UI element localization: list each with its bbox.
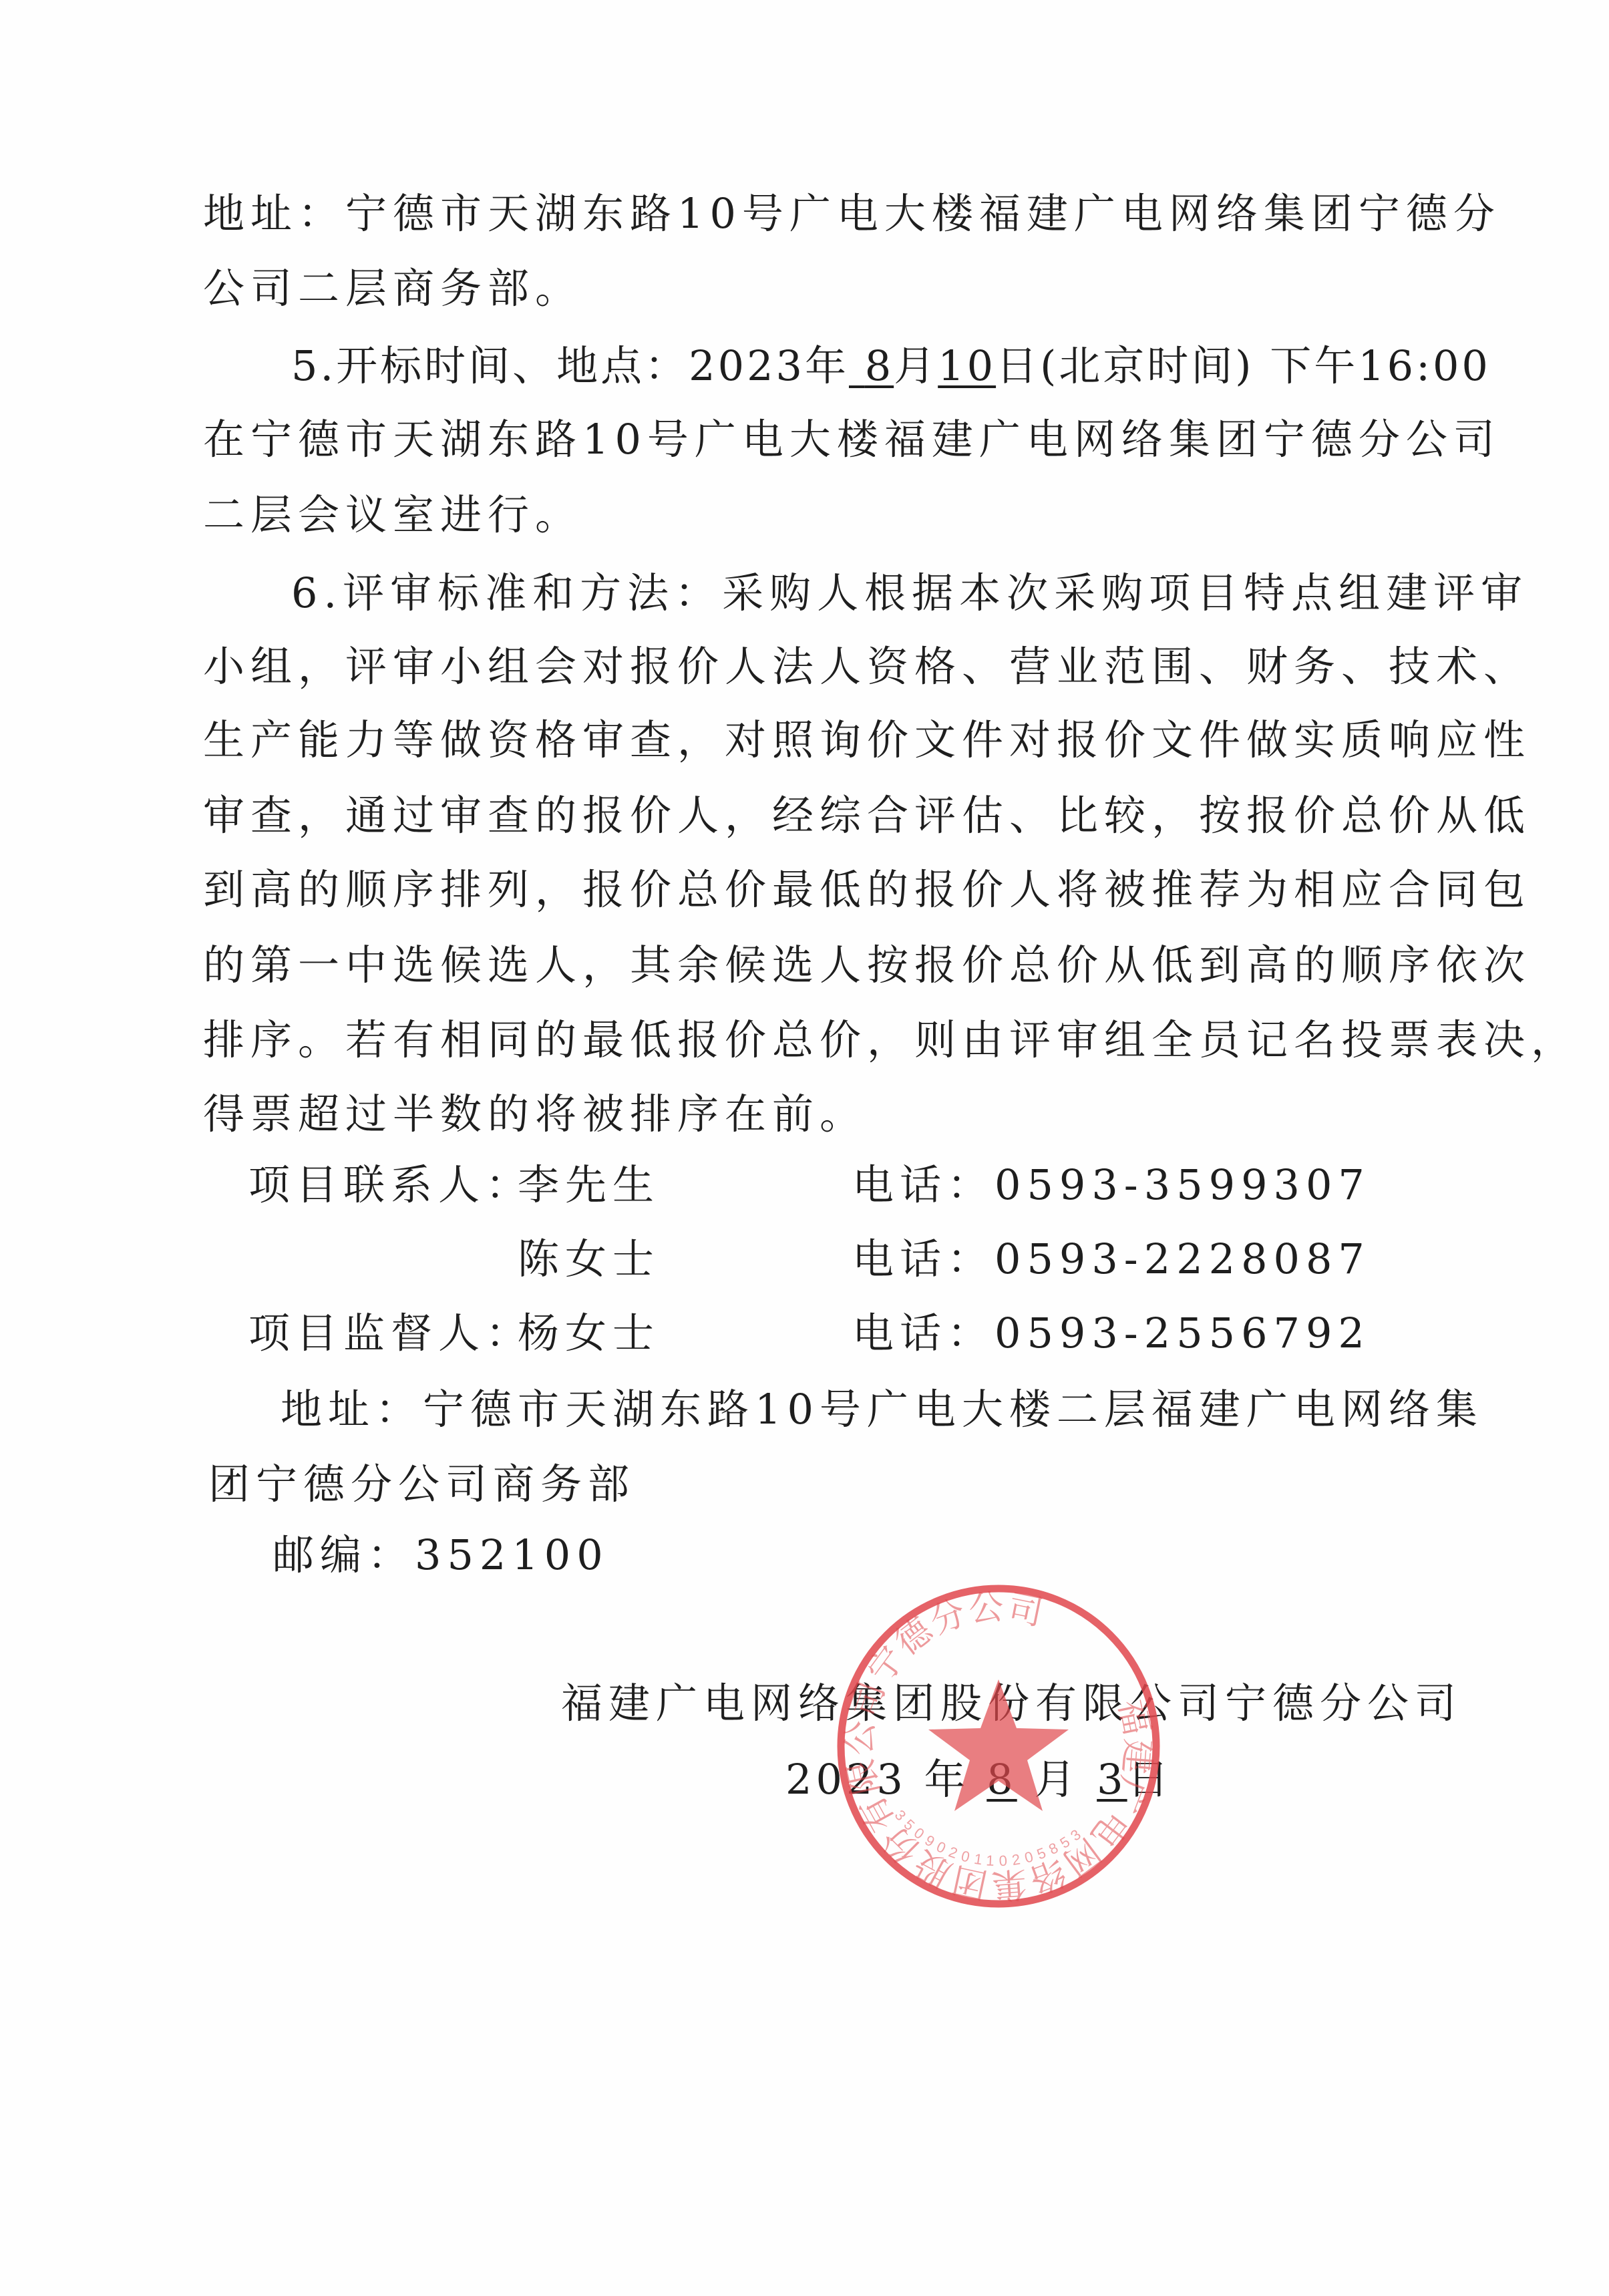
item-6-line-4: 审查，通过审查的报价人，经综合评估、比较，按报价总价从低: [203, 790, 1421, 841]
postcode: 邮编：352100: [273, 1530, 609, 1581]
item-5-number: 5.: [291, 341, 336, 390]
document-page: 地址：宁德市天湖东路10号广电大楼福建广电网络集团宁德分 公司二层商务部。 5.…: [0, 0, 1609, 2296]
item-5-time: 下午16:00: [1270, 341, 1491, 390]
contact-name: 李先生: [518, 1160, 660, 1210]
phone-number: 0593-2556792: [995, 1309, 1371, 1357]
item-5-day: 10: [938, 341, 996, 390]
item-6-line-8: 得票超过半数的将被排序在前。: [203, 1089, 867, 1140]
date-month-suffix: 月: [1034, 1755, 1079, 1804]
signature-date: 2023 年 8 月 3日: [785, 1754, 1173, 1805]
postcode-value: 352100: [415, 1530, 609, 1579]
svg-text:3509020110205853: 3509020110205853: [892, 1807, 1089, 1870]
contact-phone: 电话：0593-2228087: [852, 1234, 1371, 1285]
item-5-line-3: 二层会议室进行。: [203, 490, 582, 540]
phone-number: 0593-3599307: [995, 1160, 1371, 1209]
supervisor-phone: 电话：0593-2556792: [852, 1308, 1371, 1359]
postcode-label: 邮编：: [273, 1530, 415, 1579]
official-seal-stamp: 福建广电网络集团股份有限公司宁德分公司 3509020110205853: [835, 1583, 1162, 1910]
supervisor-name: 杨女士: [518, 1308, 660, 1359]
phone-label: 电话：: [852, 1160, 995, 1209]
item-5-line-1: 5.开标时间、地点：2023年 8月10日(北京时间) 下午16:00: [291, 341, 1491, 391]
item-5-month-suffix: 月: [894, 341, 938, 390]
phone-number: 0593-2228087: [995, 1235, 1371, 1283]
phone-label: 电话：: [852, 1235, 995, 1283]
date-day-suffix: 日: [1127, 1755, 1173, 1804]
date-year-suffix: 年: [924, 1755, 970, 1804]
contact-name: 陈女士: [518, 1234, 660, 1285]
item-5-label: 开标时间、地点：: [336, 341, 689, 390]
seal-serial: 3509020110205853: [892, 1807, 1089, 1870]
contact-phone: 电话：0593-3599307: [852, 1160, 1371, 1210]
supervisor-role: 项目监督人：: [248, 1308, 533, 1359]
item-5-month: 8: [849, 341, 894, 390]
seal-icon: 福建广电网络集团股份有限公司宁德分公司 3509020110205853: [835, 1583, 1162, 1910]
item-5-year: 2023: [689, 341, 805, 390]
office-address-line-1: 地址：宁德市天湖东路10号广电大楼二层福建广电网络集: [281, 1384, 1409, 1435]
item-5-time-note: (北京时间): [1040, 341, 1254, 390]
item-6-line-3: 生产能力等做资格审查，对照询价文件对报价文件做实质响应性: [203, 715, 1421, 766]
address-line-1: 地址：宁德市天湖东路10号广电大楼福建广电网络集团宁德分: [203, 188, 1421, 239]
address-line-2: 公司二层商务部。: [203, 263, 582, 314]
item-6-line-1: 6.评审标准和方法：采购人根据本次采购项目特点组建评审: [291, 568, 1421, 619]
item-5-year-suffix: 年: [805, 341, 849, 390]
svg-text:福建广电网络集团股份有限公司宁德分公司: 福建广电网络集团股份有限公司宁德分公司: [841, 1589, 1157, 1905]
item-6-line-2: 小组，评审小组会对报价人法人资格、营业范围、财务、技术、: [203, 641, 1421, 692]
item-6-line-6: 的第一中选候选人，其余候选人按报价总价从低到高的顺序依次: [203, 940, 1421, 991]
date-year: 2023: [785, 1755, 907, 1804]
phone-label: 电话：: [852, 1309, 995, 1357]
office-address-line-2: 团宁德分公司商务部: [208, 1459, 635, 1510]
date-month: 8: [987, 1755, 1017, 1804]
date-day: 3: [1097, 1755, 1127, 1804]
seal-ring-text: 福建广电网络集团股份有限公司宁德分公司: [841, 1589, 1157, 1905]
contact-role: 项目联系人：: [248, 1160, 533, 1210]
item-5-line-2: 在宁德市天湖东路10号广电大楼福建广电网络集团宁德分公司: [203, 414, 1421, 465]
item-5-day-suffix: 日: [996, 341, 1040, 390]
item-6-line-5: 到高的顺序排列，报价总价最低的报价人将被推荐为相应合同包: [203, 864, 1421, 915]
item-5-month-value: 8: [865, 341, 894, 390]
item-6-line-7: 排序。若有相同的最低报价总价，则由评审组全员记名投票表决，: [203, 1015, 1421, 1065]
signature-company: 福建广电网络集团股份有限公司宁德分公司: [561, 1678, 1401, 1729]
